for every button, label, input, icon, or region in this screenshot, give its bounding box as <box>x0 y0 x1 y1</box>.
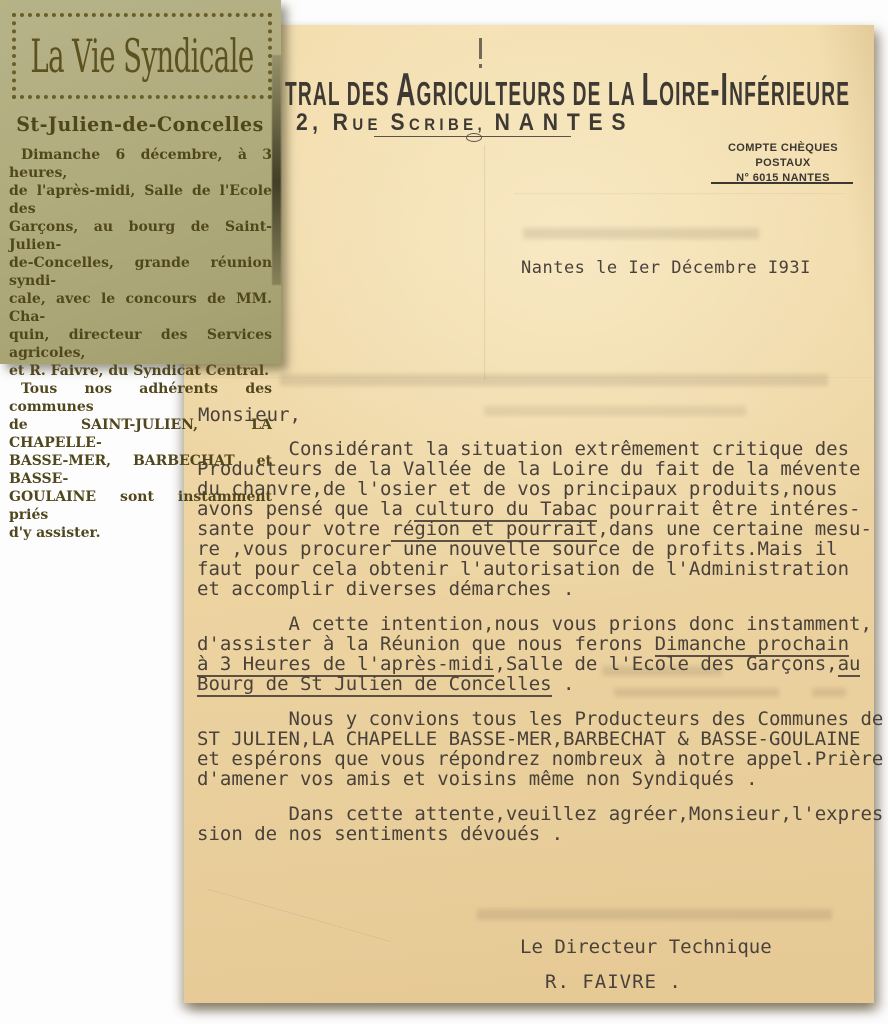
clipping-line: Garçons, au bourg de Saint-Julien- <box>9 218 272 254</box>
typed-line: et accomplir diverses démarches . <box>197 579 883 599</box>
signature-name: R. FAIVRE . <box>545 971 682 993</box>
clipping-torn-edge <box>272 55 281 285</box>
typed-line: d'assister à la Réunion que nous ferons … <box>197 634 883 654</box>
typed-line: Considérant la situation extrêmement cri… <box>197 439 883 459</box>
clipping-line: quin, directeur des Services agricoles, <box>9 326 272 362</box>
clipping-line: cale, avec le concours de MM. Cha- <box>9 290 272 326</box>
letterhead-rule <box>374 136 571 137</box>
ghost-text-smudge <box>280 374 828 386</box>
newspaper-clipping: La Vie Syndicale St-Julien-de-Concelles … <box>0 0 281 364</box>
typed-line: re ,vous procurer une nouvelle source de… <box>197 539 883 559</box>
rule-ornament <box>466 133 482 142</box>
typed-line: A cette intention,nous vous prions donc … <box>197 614 883 634</box>
signature-title: Le Directeur Technique <box>520 936 772 958</box>
clipping-line: BASSE-MER, BARBECHAT et BASSE- <box>9 452 272 488</box>
ghost-text-smudge <box>484 406 746 416</box>
typed-line: faut pour cela obtenir l'autorisation de… <box>197 559 883 579</box>
typed-line: avons pensé que la culturo du Tabac pour… <box>197 499 883 519</box>
typed-line: ST JULIEN,LA CHAPELLE BASSE-MER,BARBECHA… <box>197 729 883 749</box>
clipping-line: Tous nos adhérents des communes <box>9 380 272 416</box>
letter-sheet: TRAL DES AGRICULTEURS DE LA LOIRE-INFÉRI… <box>184 25 874 1003</box>
letterhead-org: TRAL DES AGRICULTEURS DE LA LOIRE-INFÉRI… <box>285 62 850 116</box>
typed-line: d'amener vos amis et voisins même non Sy… <box>197 769 883 789</box>
ink-mark <box>479 38 482 59</box>
clipping-line: d'y assister. <box>9 524 272 542</box>
typed-line: à 3 Heures de l'après-midi,Salle de l'Ec… <box>197 654 883 674</box>
clipping-line: GOULAINE sont instamment priés <box>9 488 272 524</box>
postal-line-1: COMPTE CHÈQUES POSTAUX <box>708 141 858 171</box>
clipping-headline: St-Julien-de-Concelles <box>7 112 273 136</box>
postal-account-box: COMPTE CHÈQUES POSTAUX N° 6015 NANTES <box>708 141 858 186</box>
paper-crease <box>484 145 486 380</box>
paragraph: Dans cette attente,veuillez agréer,Monsi… <box>197 804 883 844</box>
typed-line: sante pour votre région et pourrait,dans… <box>197 519 883 539</box>
paragraph: Nous y convions tous les Producteurs des… <box>197 709 883 789</box>
paper-crease <box>207 889 390 943</box>
postal-underline <box>711 182 853 184</box>
letterhead-address: 2, RUE SCRIBE, NANTES <box>296 109 634 137</box>
typed-line: Dans cette attente,veuillez agréer,Monsi… <box>197 804 883 824</box>
typed-line: Bourg de St Julien de Concelles . <box>197 674 883 694</box>
masthead-title: La Vie Syndicale <box>30 29 253 83</box>
ghost-text-smudge <box>523 228 759 239</box>
typed-line: Producteurs de la Vallée de la Loire du … <box>197 459 883 479</box>
paper-crease <box>514 193 844 195</box>
clipping-line: de-Concelles, grande réunion syndi- <box>9 254 272 290</box>
clipping-body: Dimanche 6 décembre, à 3 heures,de l'apr… <box>9 146 272 542</box>
clipping-line: et R. Faivre, du Syndicat Central. <box>9 362 272 380</box>
typed-line: du chanvre,de l'osier et de vos principa… <box>197 479 883 499</box>
clipping-line: de l'après-midi, Salle de l'Ecole des <box>9 182 272 218</box>
dateline: Nantes le Ier Décembre I93I <box>521 258 811 278</box>
typed-line: sion de nos sentiments dévoués . <box>197 824 883 844</box>
paragraph: A cette intention,nous vous prions donc … <box>197 614 883 694</box>
typed-line: Nous y convions tous les Producteurs des… <box>197 709 883 729</box>
clipping-line: Dimanche 6 décembre, à 3 heures, <box>9 146 272 182</box>
masthead-box: La Vie Syndicale <box>12 13 272 99</box>
scanned-document-page: { "colors":{ "page_background":"#fdfdfd"… <box>0 0 888 1024</box>
typed-line: et espérons que vous répondrez nombreux … <box>197 749 883 769</box>
ghost-text-smudge <box>477 909 832 920</box>
letter-body: Considérant la situation extrêmement cri… <box>197 439 883 859</box>
clipping-line: de SAINT-JULIEN, LA CHAPELLE- <box>9 416 272 452</box>
paragraph: Considérant la situation extrêmement cri… <box>197 439 883 599</box>
